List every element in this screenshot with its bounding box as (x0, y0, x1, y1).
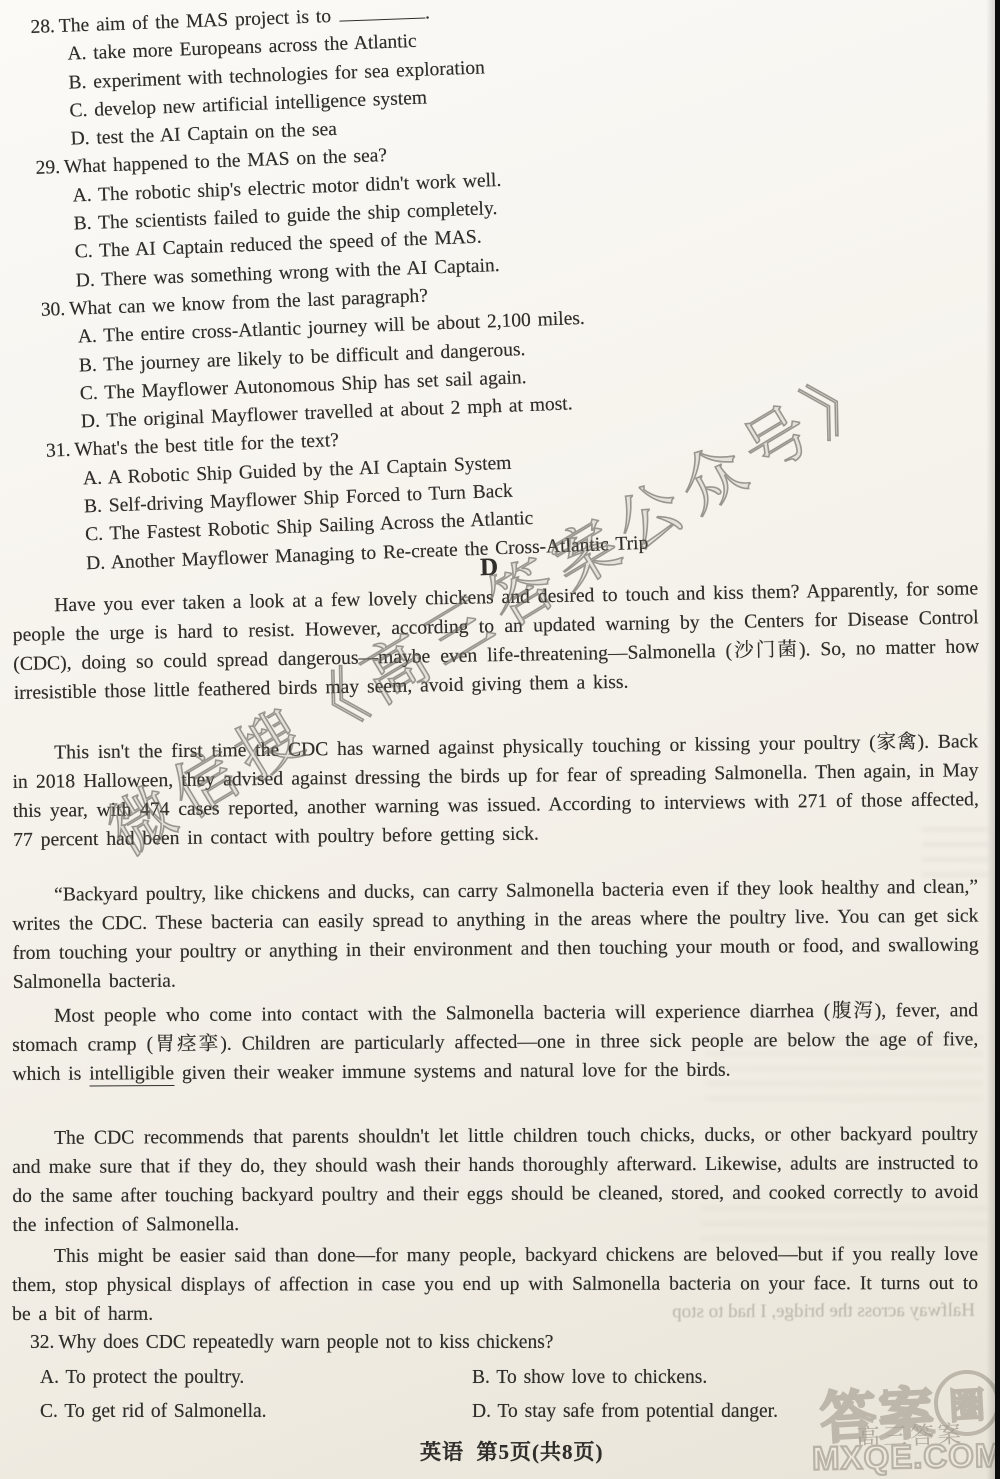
question-29-number: 29. (35, 157, 64, 179)
underlined-word-intelligible: intelligible (89, 1063, 174, 1087)
passage-paragraph-1: Have you ever taken a look at a few love… (12, 574, 980, 708)
scan-edge-shadow (986, 0, 995, 1479)
passage-paragraph-5: The CDC recommends that parents shouldn'… (12, 1120, 978, 1240)
question-28-number: 28. (30, 16, 59, 38)
question-32-option-b: B. To show love to chickens. (472, 1365, 707, 1390)
question-28-answer-blank (339, 4, 425, 22)
question-32-block: 32.Why does CDC repeatedly warn people n… (30, 1330, 980, 1433)
question-32-option-c: C. To get rid of Salmonella. (30, 1399, 472, 1424)
question-32-stem: Why does CDC repeatedly warn people not … (58, 1332, 553, 1353)
question-32-option-d: D. To stay safe from potential danger. (472, 1399, 778, 1424)
page-footer: 英语 第5页(共8页) (420, 1436, 604, 1466)
passage-paragraph-2: This isn't the first time the CDC has wa… (12, 727, 979, 855)
question-32-options-row-1: A. To protect the poultry. B. To show lo… (30, 1365, 980, 1390)
mxqe-site-text: MXQE.COM (812, 1436, 1000, 1477)
scanned-exam-page: 28.The aim of the MAS project is to. A. … (0, 0, 1000, 1479)
section-d-header: D (480, 554, 499, 582)
scan-edge (995, 0, 1000, 1479)
question-31-number: 31. (46, 440, 75, 462)
question-32-number: 32. (30, 1332, 58, 1353)
questions-28-31-block: 28.The aim of the MAS project is to. A. … (30, 0, 830, 580)
passage-p4-text-after: given their weaker immune systems and na… (174, 1060, 731, 1084)
passage-paragraph-4: Most people who come into contact with t… (12, 996, 979, 1089)
passage-paragraph-3: “Backyard poultry, like chickens and duc… (12, 873, 979, 997)
question-32: 32.Why does CDC repeatedly warn people n… (30, 1330, 980, 1355)
question-32-options-row-2: C. To get rid of Salmonella. D. To stay … (30, 1399, 980, 1424)
question-30-number: 30. (40, 299, 69, 321)
question-28-stem-period: . (425, 2, 431, 23)
passage-paragraph-6: This might be easier said than done—for … (12, 1240, 978, 1329)
question-32-option-a: A. To protect the poultry. (30, 1365, 472, 1390)
